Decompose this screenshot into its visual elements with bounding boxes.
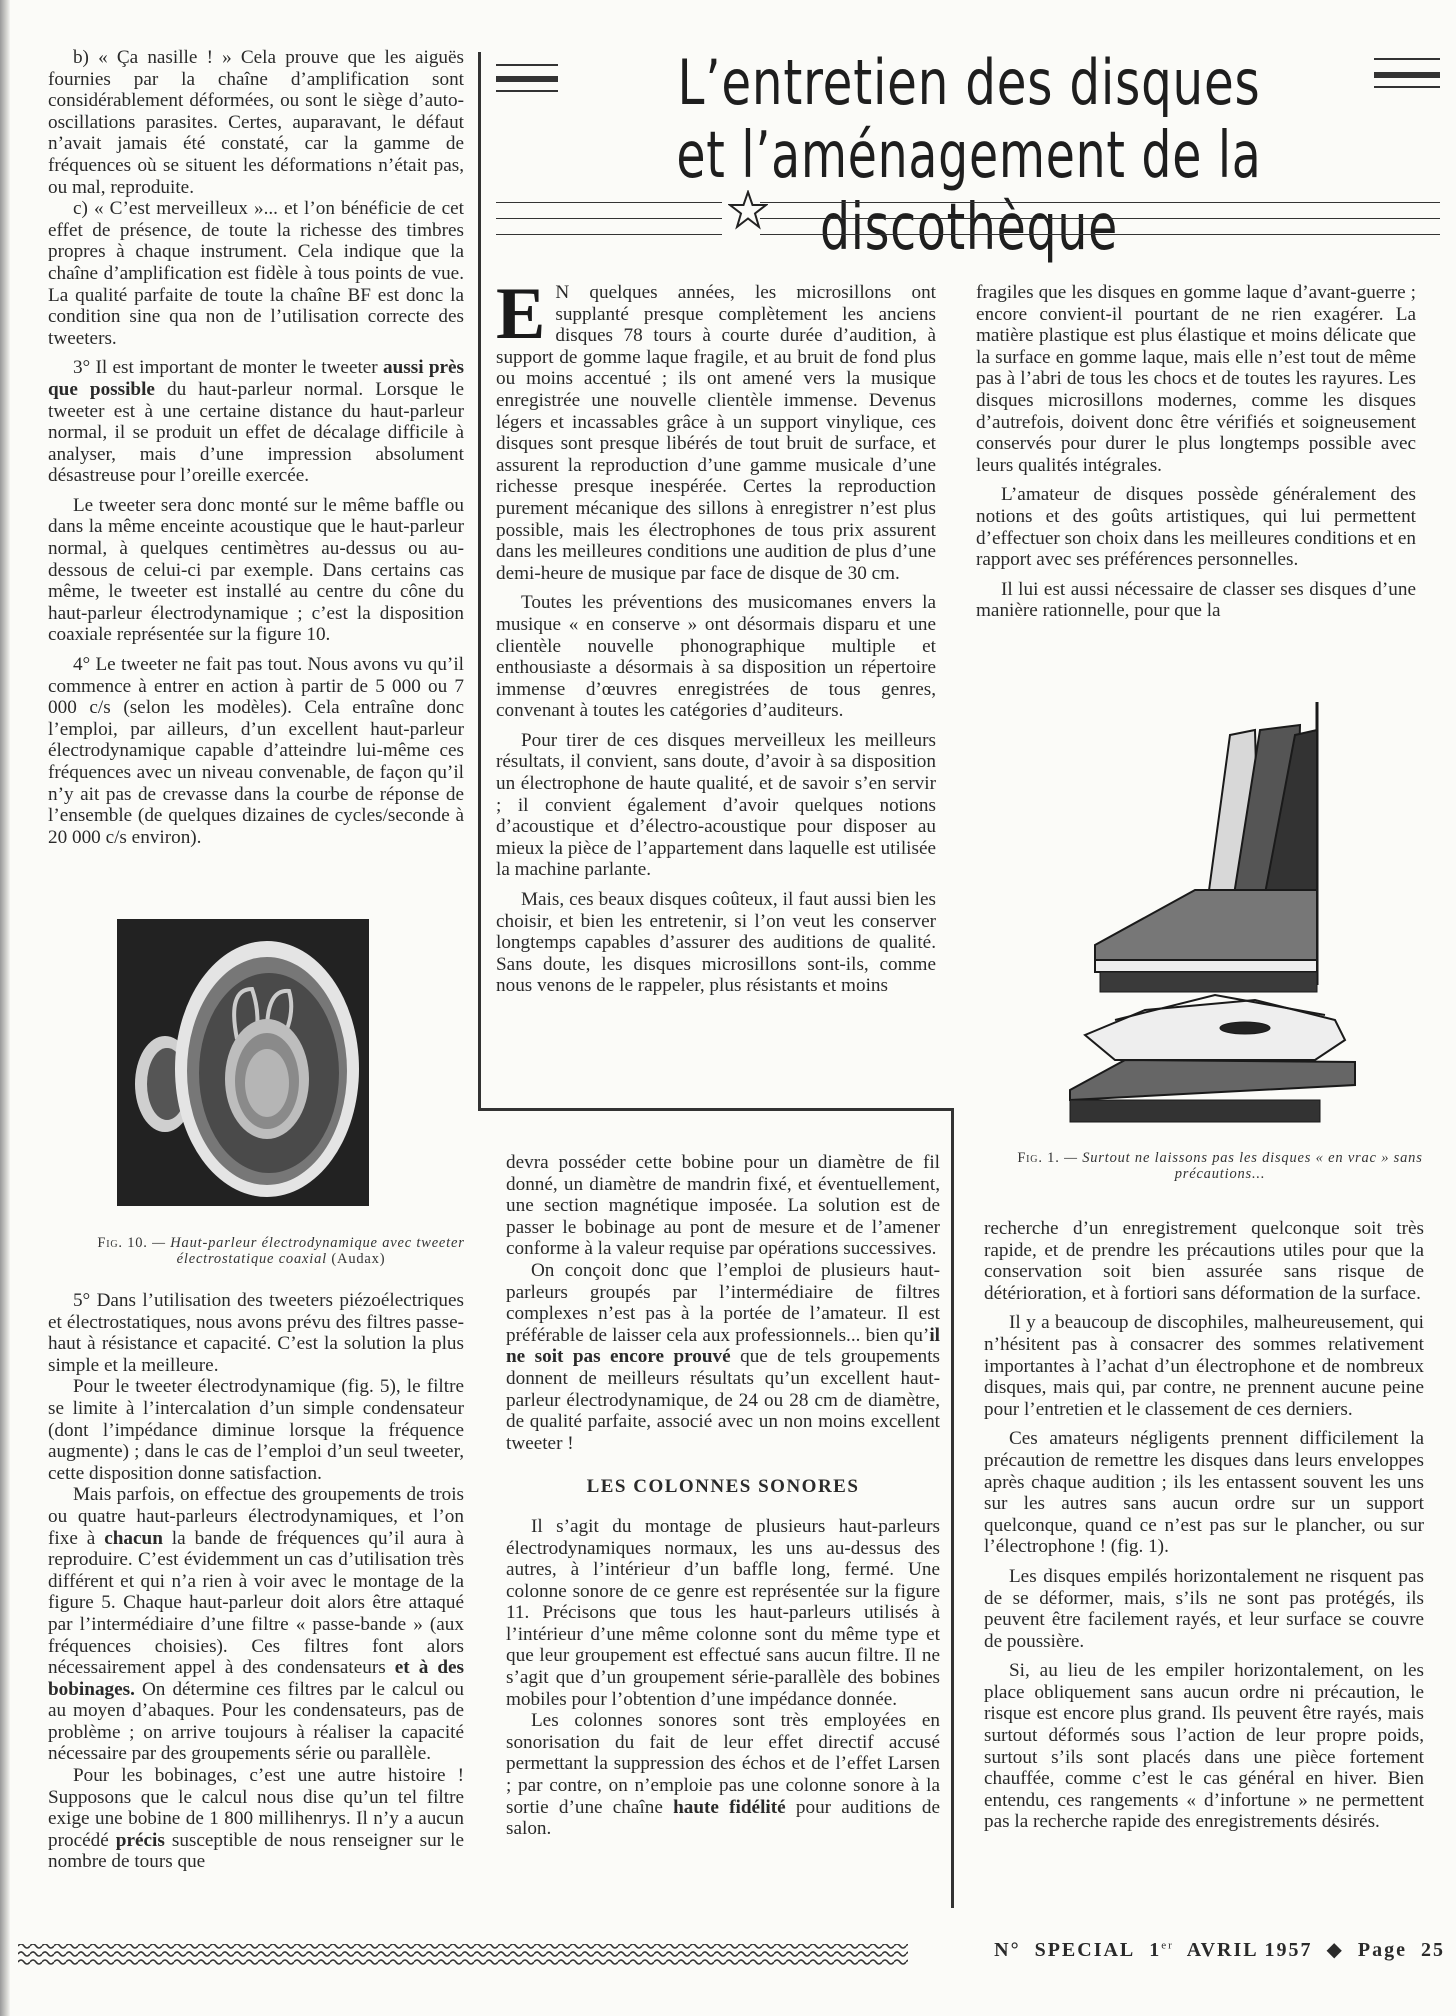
paragraph-3b: Le tweeter sera donc monté sur le même b… bbox=[48, 495, 464, 646]
paragraph: Les disques empilés horizontalement ne r… bbox=[984, 1566, 1424, 1652]
paragraph-b: b) « Ça nasille ! » Cela prouve que les … bbox=[48, 47, 464, 198]
previous-article-column-top: b) « Ça nasille ! » Cela prouve que les … bbox=[48, 47, 464, 848]
paragraph-4: 4° Le tweeter ne fait pas tout. Nous avo… bbox=[48, 654, 464, 848]
article-title-line-2: et l’aménagement de la discothèque bbox=[618, 120, 1321, 264]
paragraph: L’amateur de disques possède généralemen… bbox=[976, 484, 1416, 570]
paragraph: recherche d’un enregistrement quelconque… bbox=[984, 1218, 1424, 1304]
paragraph: Il lui est aussi nécessaire de classer s… bbox=[976, 579, 1416, 622]
previous-article-column-bottom: 5° Dans l’utilisation des tweeters piézo… bbox=[48, 1290, 464, 1873]
star-outline-icon bbox=[728, 190, 768, 230]
article-title-line-1: L’entretien des disques bbox=[599, 48, 1340, 118]
page-label: Page bbox=[1358, 1939, 1407, 1961]
figure-1-caption: Fig. 1. — Surtout ne laissons pas les di… bbox=[995, 1150, 1445, 1182]
title-rule-thick bbox=[496, 76, 558, 82]
title-rule bbox=[496, 202, 722, 203]
title-rule bbox=[760, 218, 1440, 219]
previous-article-column-continued: devra posséder cette bobine pour un diam… bbox=[506, 1152, 940, 1840]
paragraph-c: c) « C’est merveilleux »... et l’on béné… bbox=[48, 198, 464, 349]
paragraph: Ces amateurs négligents prennent diffici… bbox=[984, 1428, 1424, 1558]
footer-wavy-rule bbox=[18, 1942, 908, 1972]
page-number: 25 bbox=[1421, 1939, 1445, 1961]
box-bottom-divider bbox=[478, 1108, 953, 1111]
issue-number-prefix: N° bbox=[994, 1939, 1020, 1961]
column-divider-middle bbox=[951, 1108, 954, 1908]
title-rule bbox=[496, 218, 722, 219]
title-rule-thick bbox=[1374, 72, 1440, 78]
title-rule bbox=[496, 64, 558, 66]
page-binding-shadow bbox=[0, 0, 10, 2016]
coaxial-loudspeaker-icon bbox=[117, 919, 369, 1206]
article-column-1: EN quelques années, les microsillons ont… bbox=[496, 282, 936, 997]
issue-date: AVRIL 1957 bbox=[1187, 1939, 1313, 1961]
paragraph: Toutes les préventions des musicomanes e… bbox=[496, 592, 936, 722]
figure-10-loudspeaker-photo bbox=[117, 919, 369, 1206]
issue-day: 1 bbox=[1149, 1939, 1161, 1961]
paragraph: fragiles que les disques en gomme laque … bbox=[976, 282, 1416, 476]
intro-paragraph: EN quelques années, les microsillons ont… bbox=[496, 282, 936, 584]
diamond-icon: ◆ bbox=[1327, 1939, 1344, 1961]
title-rule bbox=[496, 234, 722, 235]
brand-name: (Audax) bbox=[331, 1251, 385, 1267]
paragraph: Si, au lieu de les empiler horizontaleme… bbox=[984, 1660, 1424, 1833]
paragraph-3: 3° Il est important de monter le tweeter… bbox=[48, 357, 464, 487]
article-title-block: L’entretien des disques et l’aménagement… bbox=[494, 48, 1444, 248]
paragraph-6: Mais parfois, on effectue des groupement… bbox=[48, 1484, 464, 1765]
title-rule bbox=[496, 90, 558, 92]
paragraph: Il y a beaucoup de discophiles, malheure… bbox=[984, 1312, 1424, 1420]
figure-10-caption: Fig. 10. — Haut-parleur électrodynamique… bbox=[86, 1235, 476, 1267]
paragraph: Il s’agit du montage de plusieurs haut-p… bbox=[506, 1516, 940, 1710]
paragraph: Les colonnes sonores sont très employées… bbox=[506, 1710, 940, 1840]
title-rule bbox=[760, 202, 1440, 203]
paragraph: Pour tirer de ces disques merveilleux le… bbox=[496, 730, 936, 881]
paragraph-7: Pour les bobinages, c’est une autre hist… bbox=[48, 1765, 464, 1873]
title-rule bbox=[760, 234, 1440, 235]
paragraph-5: 5° Dans l’utilisation des tweeters piézo… bbox=[48, 1290, 464, 1376]
section-heading: LES COLONNES SONORES bbox=[506, 1476, 940, 1498]
article-column-2: fragiles que les disques en gomme laque … bbox=[976, 282, 1416, 622]
drop-cap: E bbox=[496, 284, 545, 344]
figure-1-records-illustration bbox=[1055, 690, 1375, 1135]
figure-label: Fig. 10. bbox=[97, 1235, 147, 1251]
figure-label: Fig. 1. bbox=[1017, 1150, 1059, 1166]
column-divider-left bbox=[478, 52, 481, 1108]
article-column-2-continued: recherche d’un enregistrement quelconque… bbox=[984, 1218, 1424, 1833]
paragraph: On conçoit donc que l’emploi de plusieur… bbox=[506, 1260, 940, 1454]
title-rule bbox=[1374, 86, 1440, 88]
paragraph-5b: Pour le tweeter électrodynamique (fig. 5… bbox=[48, 1376, 464, 1484]
paragraph: Mais, ces beaux disques coûteux, il faut… bbox=[496, 889, 936, 997]
page-footer: N° SPECIAL 1er AVRIL 1957 ◆ Page 25 bbox=[935, 1937, 1445, 1962]
title-rule bbox=[1374, 58, 1440, 60]
issue-label: SPECIAL bbox=[1035, 1939, 1136, 1961]
paragraph: devra posséder cette bobine pour un diam… bbox=[506, 1152, 940, 1260]
